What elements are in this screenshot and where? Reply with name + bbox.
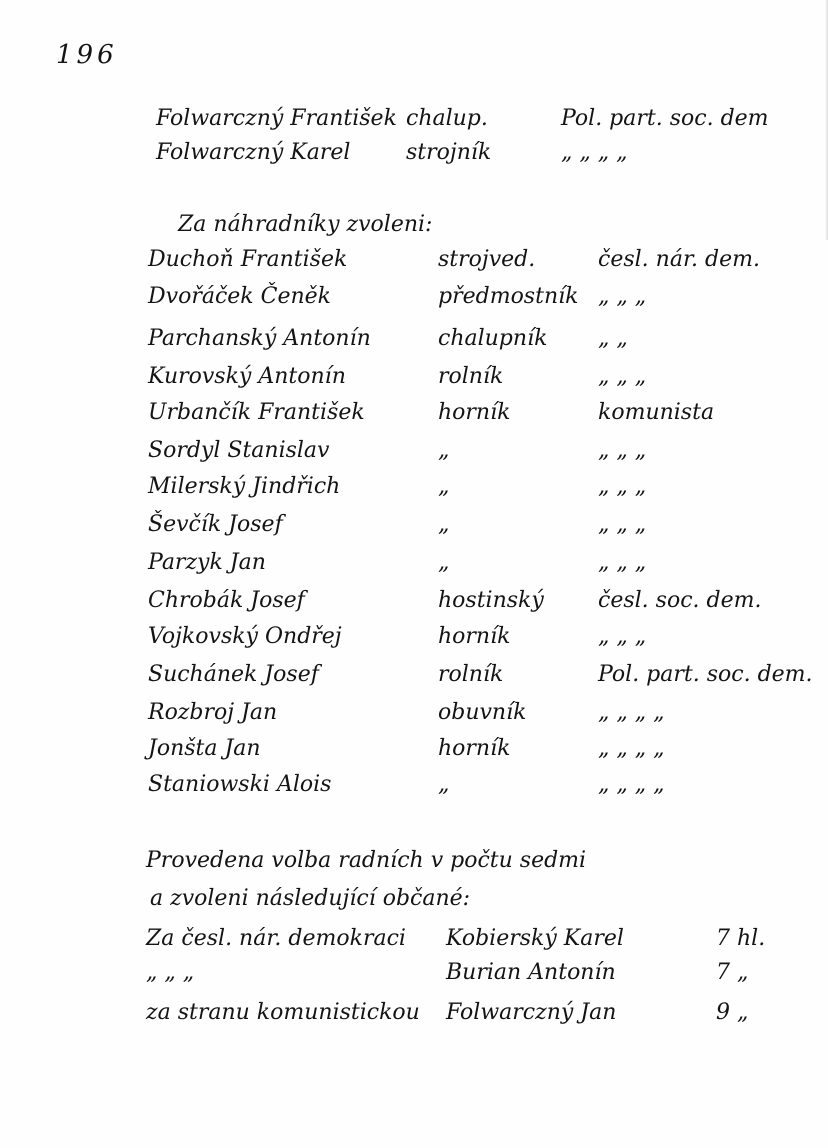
- substitute-name: Ševčík Josef: [148, 510, 283, 540]
- substitute-party: „ „ „: [598, 282, 646, 312]
- council-intro-line-1: Provedena volba radních v počtu sedmi: [146, 846, 586, 876]
- substitute-name: Suchánek Josef: [148, 660, 319, 690]
- substitute-occupation: „: [438, 548, 449, 578]
- council-intro-line-2: a zvoleni následující občané:: [150, 884, 470, 914]
- council-votes: 7 hl.: [716, 924, 765, 954]
- substitute-party: „ „ „: [598, 362, 646, 392]
- member-occupation: chalup.: [406, 104, 488, 134]
- substitute-occupation: horník: [438, 398, 510, 428]
- council-party: Za česl. nár. demokraci: [146, 924, 406, 954]
- substitute-occupation: chalupník: [438, 324, 547, 354]
- substitute-occupation: horník: [438, 734, 510, 764]
- substitute-name: Urbančík František: [148, 398, 365, 428]
- substitute-name: Rozbroj Jan: [148, 698, 277, 728]
- substitute-name: Duchoň František: [148, 245, 347, 275]
- substitute-party: „ „ „: [598, 436, 646, 466]
- substitute-party: „ „ „: [598, 510, 646, 540]
- council-name: Kobierský Karel: [446, 924, 624, 954]
- council-party: za stranu komunistickou: [146, 998, 420, 1028]
- substitutes-heading: Za náhradníky zvoleni:: [178, 210, 432, 240]
- substitute-party: česl. nár. dem.: [598, 245, 760, 275]
- substitute-party: „ „ „: [598, 622, 646, 652]
- council-intro-text-2: a zvoleni následující občané:: [150, 886, 470, 911]
- substitute-occupation: „: [438, 770, 449, 800]
- substitute-name: Kurovský Antonín: [148, 362, 346, 392]
- substitute-occupation: „: [438, 472, 449, 502]
- substitute-occupation: „: [438, 510, 449, 540]
- substitute-name: Jonšta Jan: [148, 734, 261, 764]
- substitute-name: Dvořáček Čeněk: [148, 282, 331, 312]
- substitute-occupation: předmostník: [438, 282, 578, 312]
- council-name: Folwarczný Jan: [446, 998, 616, 1028]
- member-name: Folwarczný František: [156, 104, 397, 134]
- substitute-name: Milerský Jindřich: [148, 472, 340, 502]
- substitute-occupation: horník: [438, 622, 510, 652]
- substitute-party: „ „ „ „: [598, 734, 665, 764]
- substitute-party: „ „ „ „: [598, 698, 665, 728]
- substitute-party: česl. soc. dem.: [598, 586, 761, 616]
- substitute-occupation: obuvník: [438, 698, 526, 728]
- member-name: Folwarczný Karel: [156, 138, 350, 168]
- council-name: Burian Antonín: [446, 958, 616, 988]
- substitute-party: „ „ „ „: [598, 770, 665, 800]
- substitute-occupation: strojved.: [438, 245, 535, 275]
- substitute-occupation: hostinský: [438, 586, 544, 616]
- substitute-name: Sordyl Stanislav: [148, 436, 329, 466]
- substitute-party: komunista: [598, 398, 714, 428]
- document-page: 196 Folwarczný Františekchalup.Pol. part…: [0, 0, 828, 1148]
- substitute-party: „ „ „: [598, 548, 646, 578]
- substitutes-heading-text: Za náhradníky zvoleni:: [178, 212, 432, 237]
- substitute-name: Vojkovský Ondřej: [148, 622, 342, 652]
- substitute-occupation: rolník: [438, 362, 503, 392]
- council-intro-text-1: Provedena volba radních v počtu sedmi: [146, 848, 586, 873]
- substitute-party: „ „: [598, 324, 628, 354]
- substitute-party: „ „ „: [598, 472, 646, 502]
- member-party: Pol. part. soc. dem: [561, 104, 769, 134]
- substitute-name: Parzyk Jan: [148, 548, 266, 578]
- member-occupation: strojník: [406, 138, 491, 168]
- council-votes: 9 „: [716, 998, 748, 1028]
- council-votes: 7 „: [716, 958, 748, 988]
- page-number: 196: [56, 40, 118, 70]
- substitute-name: Chrobák Josef: [148, 586, 305, 616]
- substitute-occupation: rolník: [438, 660, 503, 690]
- council-party: „ „ „: [146, 958, 194, 988]
- substitute-name: Parchanský Antonín: [148, 324, 371, 354]
- member-party: „ „ „ „: [561, 138, 628, 168]
- substitute-party: Pol. part. soc. dem.: [598, 660, 813, 690]
- substitute-occupation: „: [438, 436, 449, 466]
- substitute-name: Staniowski Alois: [148, 770, 331, 800]
